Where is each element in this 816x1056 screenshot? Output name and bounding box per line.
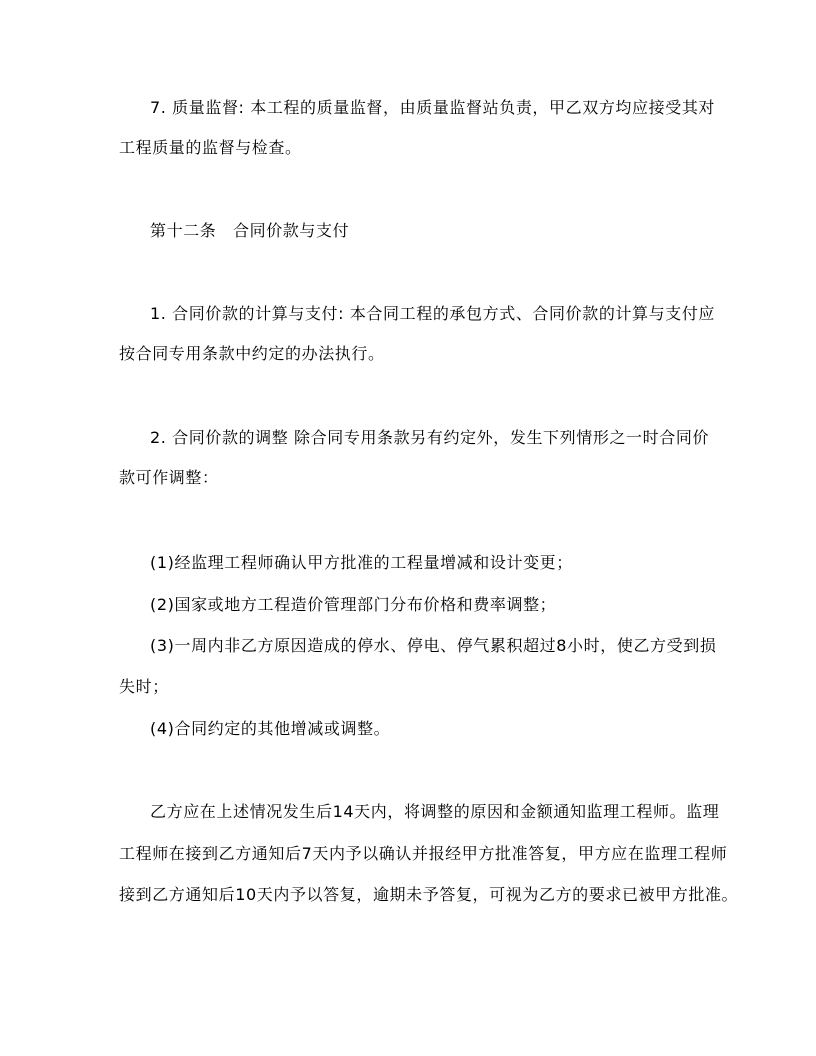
paragraph-price-calculation-line-1: 1. 合同价款的计算与支付: 本合同工程的承包方式、合同价款的计算与支付应 — [150, 304, 730, 324]
paragraph-notification-line-3: 接到乙方通知后10天内予以答复，逾期未予答复，可视为乙方的要求已被甲方批准。 — [119, 885, 699, 905]
paragraph-notification-line-1: 乙方应在上述情况发生后14天内，将调整的原因和金额通知监理工程师。监理 — [150, 802, 730, 822]
paragraph-quality-supervision-line-1: 7. 质量监督: 本工程的质量监督，由质量监督站负责，甲乙双方均应接受其对 — [150, 98, 730, 118]
paragraph-notification-line-2: 工程师在接到乙方通知后7天内予以确认并报经甲方批准答复，甲方应在监理工程师 — [119, 844, 699, 864]
list-item-1: (1)经监理工程师确认甲方批准的工程量增减和设计变更； — [150, 553, 730, 573]
paragraph-price-adjustment-line-1: 2. 合同价款的调整 除合同专用条款另有约定外，发生下列情形之一时合同价 — [150, 428, 730, 448]
list-item-2: (2)国家或地方工程造价管理部门分布价格和费率调整； — [150, 595, 730, 615]
list-item-3-line-1: (3)一周内非乙方原因造成的停水、停电、停气累积超过8小时，使乙方受到损 — [150, 636, 730, 656]
list-item-3-line-2: 失时； — [119, 677, 699, 697]
paragraph-quality-supervision-line-2: 工程质量的监督与检查。 — [119, 138, 699, 158]
list-item-4: (4)合同约定的其他增减或调整。 — [150, 719, 730, 739]
document-page: 7. 质量监督: 本工程的质量监督，由质量监督站负责，甲乙双方均应接受其对 工程… — [0, 0, 816, 1056]
paragraph-price-adjustment-line-2: 款可作调整： — [119, 468, 699, 488]
paragraph-price-calculation-line-2: 按合同专用条款中约定的办法执行。 — [119, 344, 699, 364]
article-12-heading: 第十二条 合同价款与支付 — [150, 221, 730, 241]
